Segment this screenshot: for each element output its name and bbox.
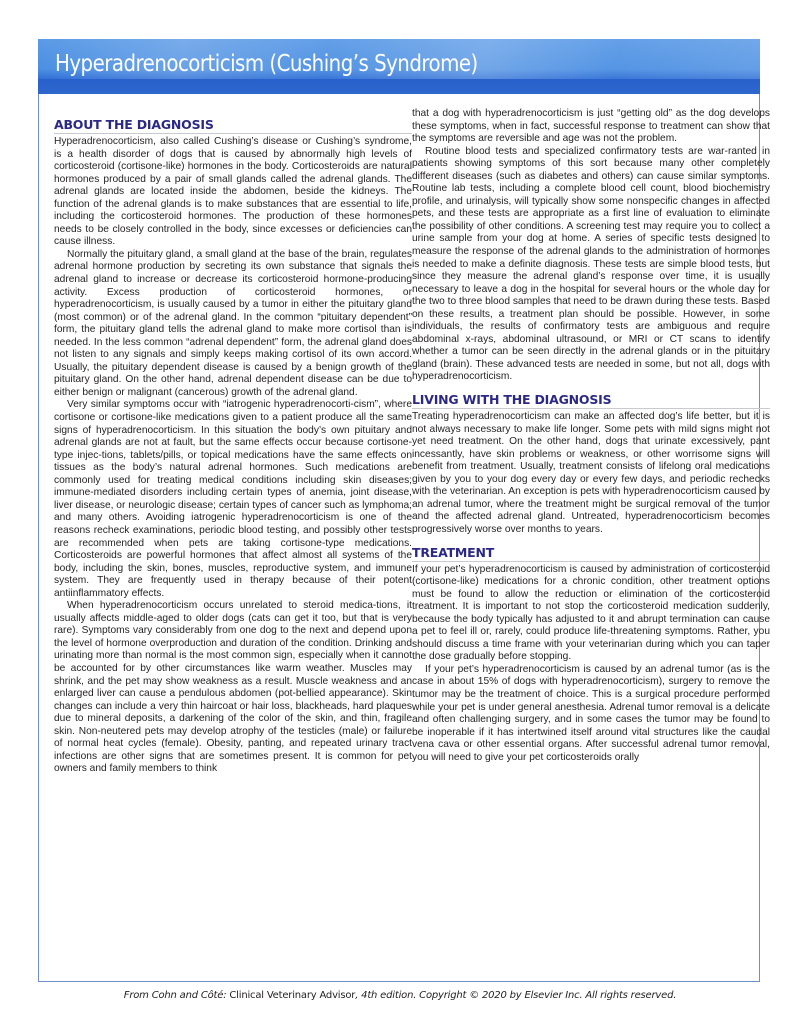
copyright-footer: From Cohn and Côté: Clinical Veterinary … (0, 990, 800, 1001)
footer-copyright: , 4th edition. Copyright © 2020 by Elsev… (355, 990, 676, 1001)
paragraph: Hyperadrenocorticism, also called Cushin… (54, 136, 412, 249)
paragraph: Very similar symptoms occur with “iatrog… (54, 399, 412, 600)
paragraph: Routine blood tests and specialized conf… (412, 146, 770, 384)
section-heading-living: LIVING WITH THE DIAGNOSIS (412, 392, 770, 409)
section-heading-treatment: TREATMENT (412, 545, 770, 562)
page-title: Hyperadrenocorticism (Cushing’s Syndrome… (55, 51, 478, 77)
left-column: ABOUT THE DIAGNOSIS Hyperadrenocorticism… (54, 117, 412, 776)
paragraph: Normally the pituitary gland, a small gl… (54, 249, 412, 400)
paragraph: that a dog with hyperadrenocorticism is … (412, 108, 770, 146)
right-column: that a dog with hyperadrenocorticism is … (412, 108, 770, 764)
paragraph: If your pet’s hyperadrenocorticism is ca… (412, 664, 770, 764)
footer-book-title: Clinical Veterinary Advisor (229, 990, 355, 1001)
title-banner: Hyperadrenocorticism (Cushing’s Syndrome… (38, 39, 760, 94)
section-heading-about: ABOUT THE DIAGNOSIS (54, 117, 412, 134)
footer-prefix: From Cohn and Côté: (124, 990, 230, 1001)
paragraph: Treating hyperadrenocorticism can make a… (412, 411, 770, 536)
paragraph: When hyperadrenocorticism occurs unrelat… (54, 600, 412, 776)
paragraph: If your pet’s hyperadrenocorticism is ca… (412, 564, 770, 664)
